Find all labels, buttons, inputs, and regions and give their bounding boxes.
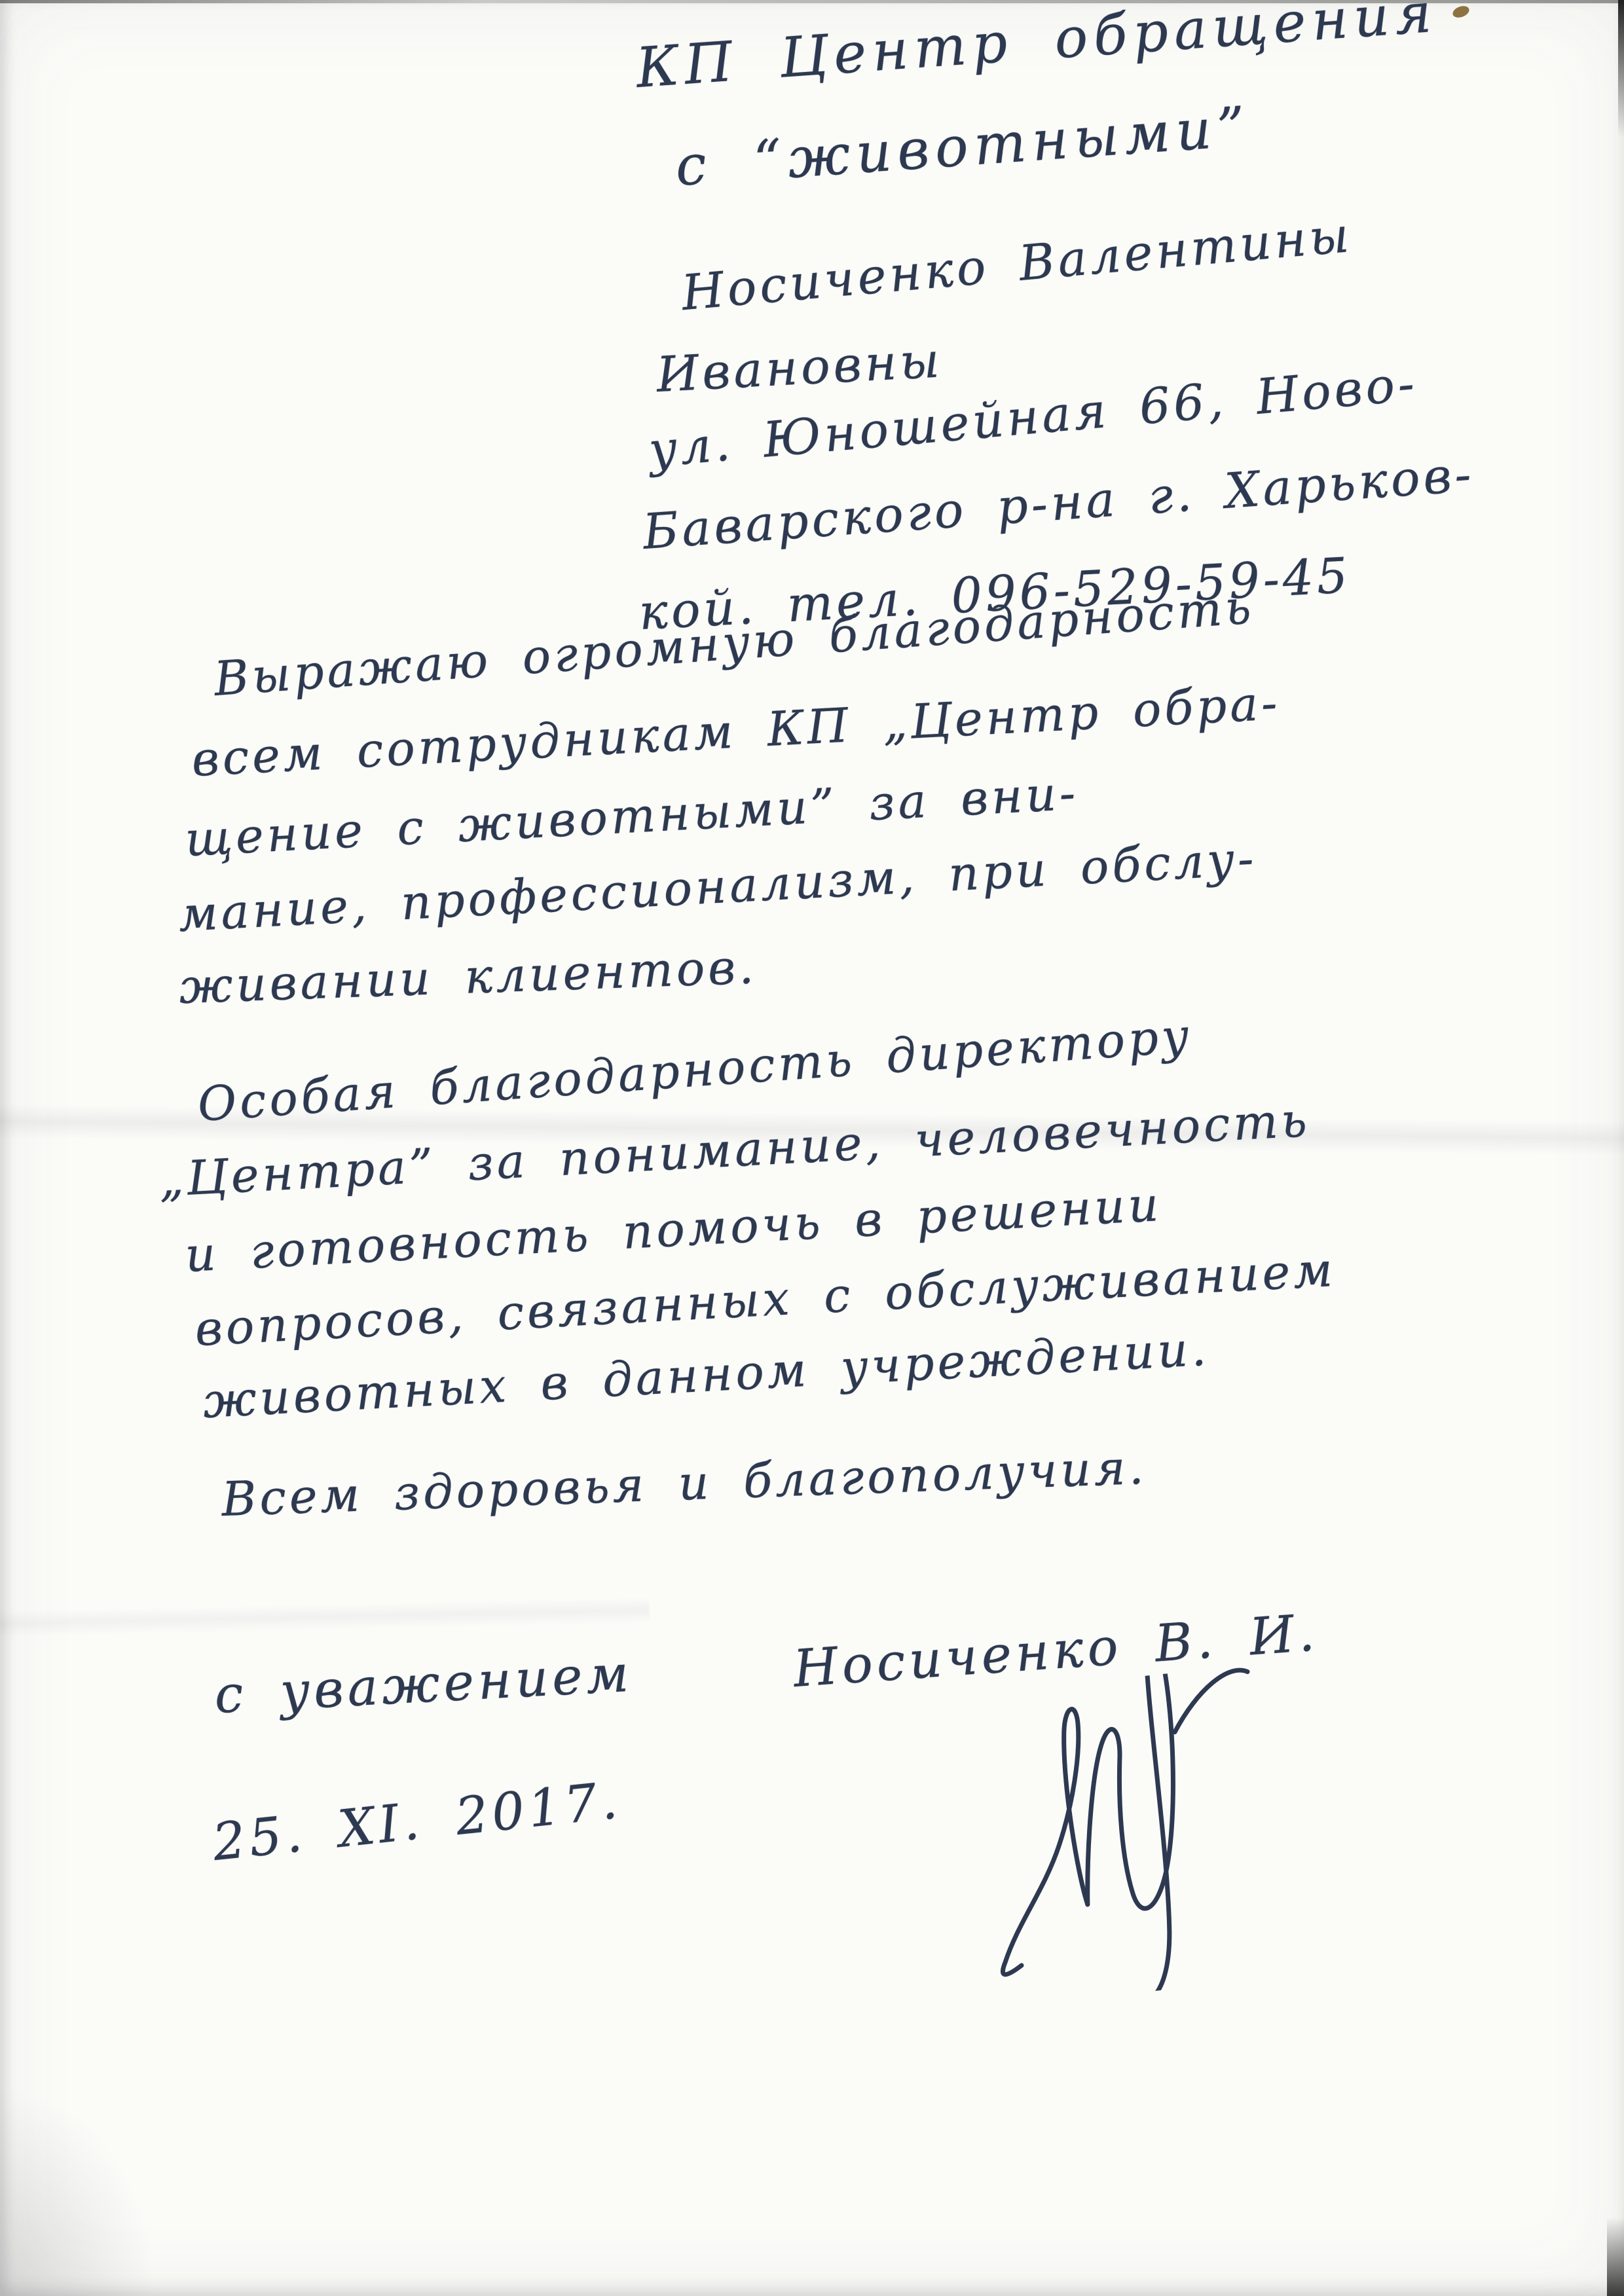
paragraph1-line-5: живании клиентов. xyxy=(178,939,758,1014)
paper-crease-2 xyxy=(0,1597,650,1637)
paper-fold-shadow xyxy=(0,2086,157,2296)
recipient-name-line-1: Носиченко Валентины xyxy=(680,207,1355,321)
recipient-name-line-2: Ивановны xyxy=(655,332,944,403)
org-header-line-2: с “животными” xyxy=(673,94,1253,198)
closing-line: Всем здоровья и благополучия. xyxy=(221,1440,1148,1527)
date-line: 25. XI. 2017. xyxy=(210,1771,624,1872)
paper-speck xyxy=(1451,4,1471,20)
signoff-salutation: с уважением xyxy=(213,1645,634,1725)
org-header-line-1: КП Центр обращения xyxy=(634,0,1439,100)
scan-edge-right xyxy=(1618,0,1624,137)
scan-edge-bottom-right xyxy=(1607,2217,1624,2296)
signature-flourish xyxy=(953,1658,1351,2009)
scanned-letter-page: КП Центр обращения с “животными” Носичен… xyxy=(0,0,1624,2296)
